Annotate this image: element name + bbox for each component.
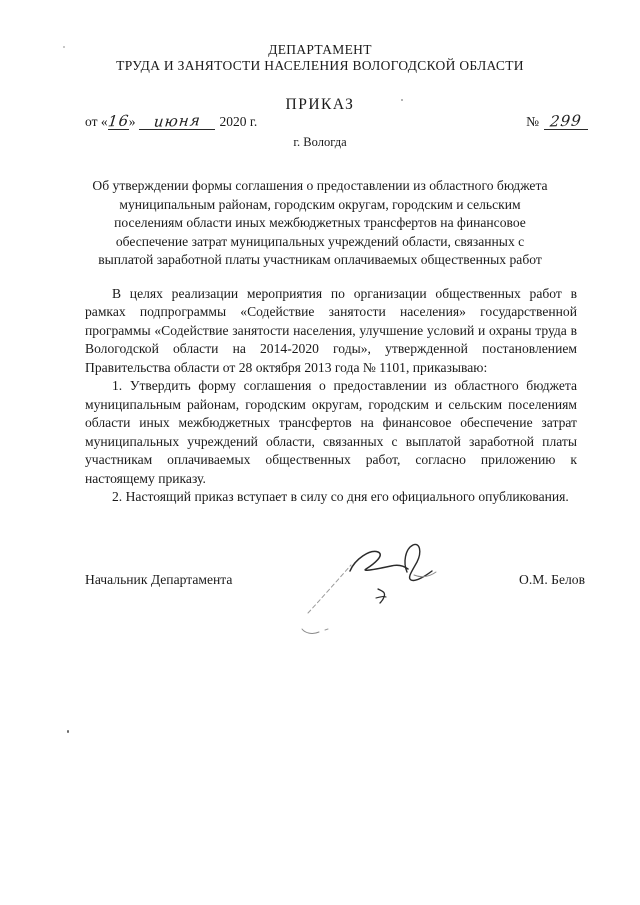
date-quote-close: »	[129, 114, 136, 129]
scan-speck	[63, 46, 65, 48]
title-line: обеспечение затрат муниципальных учрежде…	[70, 233, 570, 252]
scan-speck	[401, 99, 403, 101]
signatory-name: О.М. Белов	[519, 572, 585, 588]
order-item-2: 2. Настоящий приказ вступает в силу со д…	[85, 488, 577, 506]
signatory-position: Начальник Департамента	[85, 572, 232, 588]
date-line: от «16»июня2020 г.	[85, 114, 257, 130]
handwritten-number-text: 299	[549, 113, 582, 129]
document-number: №299	[526, 114, 588, 130]
org-line-2: ТРУДА И ЗАНЯТОСТИ НАСЕЛЕНИЯ ВОЛОГОДСКОЙ …	[0, 58, 640, 74]
document-page: ДЕПАРТАМЕНТ ТРУДА И ЗАНЯТОСТИ НАСЕЛЕНИЯ …	[0, 0, 640, 905]
document-title: Об утверждении формы соглашения о предос…	[70, 177, 570, 270]
handwritten-signature-icon	[280, 533, 460, 643]
date-number-row: от «16»июня2020 г. №299	[85, 114, 588, 130]
number-sign: №	[526, 114, 539, 129]
date-prefix: от «	[85, 114, 108, 129]
title-line: поселениям области иных межбюджетных тра…	[70, 214, 570, 233]
org-line-1: ДЕПАРТАМЕНТ	[0, 42, 640, 58]
order-item-1: 1. Утвердить форму соглашения о предоста…	[85, 377, 577, 488]
title-line: Об утверждении формы соглашения о предос…	[70, 177, 570, 196]
city-line: г. Вологда	[0, 135, 640, 150]
handwritten-day-text: 16	[107, 114, 130, 130]
title-line: выплатой заработной платы участникам опл…	[70, 251, 570, 270]
handwritten-number: 299	[544, 114, 588, 130]
preamble-paragraph: В целях реализации мероприятия по органи…	[85, 285, 577, 377]
date-year: 2020 г.	[219, 114, 257, 129]
title-line: муниципальным районам, городским округам…	[70, 196, 570, 215]
document-type-title: ПРИКАЗ	[0, 96, 640, 114]
handwritten-day: 16	[108, 114, 129, 130]
document-body: В целях реализации мероприятия по органи…	[85, 285, 577, 506]
org-name: ДЕПАРТАМЕНТ ТРУДА И ЗАНЯТОСТИ НАСЕЛЕНИЯ …	[0, 42, 640, 74]
handwritten-month-text: июня	[153, 113, 201, 130]
scan-speck	[67, 730, 69, 733]
handwritten-month: июня	[139, 114, 215, 130]
